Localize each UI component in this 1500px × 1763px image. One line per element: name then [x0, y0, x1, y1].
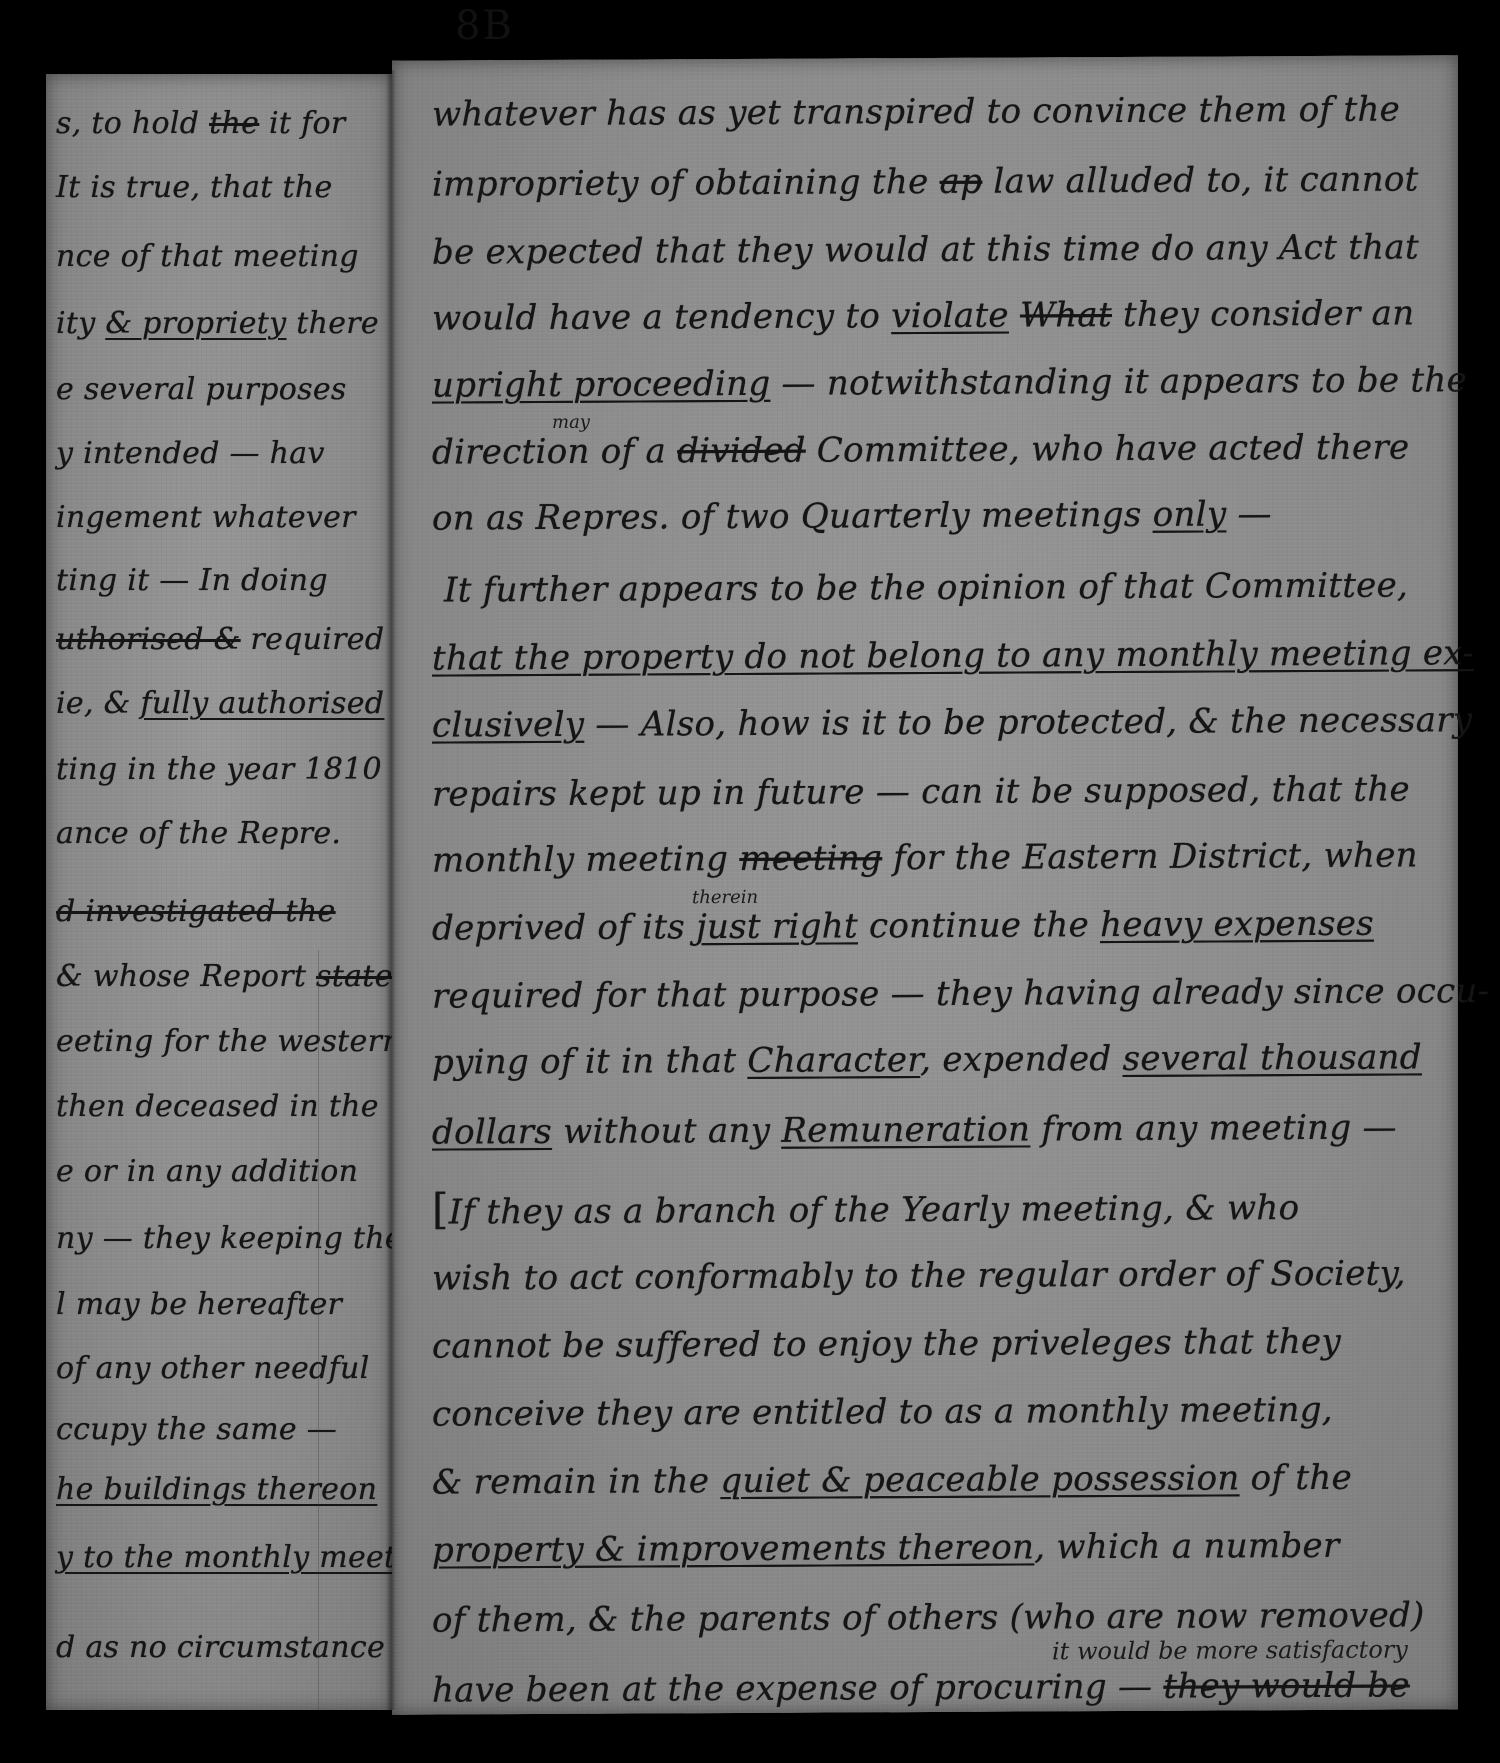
right-line-4: would have a tendency to violate What th…: [432, 293, 1414, 338]
right-line-23: of them, & the parents of others (who ar…: [432, 1595, 1425, 1640]
left-line-7: ingement whatever: [56, 500, 356, 535]
left-line-24: d as no circumstance: [56, 1630, 385, 1665]
left-line-5: e several purposes: [56, 372, 347, 407]
right-line-20: conceive they are entitled to as a month…: [432, 1390, 1333, 1435]
left-line-14: & whose Report states: [56, 959, 408, 994]
left-line-16: then deceased in the: [56, 1089, 379, 1124]
left-line-1: s, to hold the it for: [56, 106, 346, 141]
page-fold-crease: [318, 950, 319, 1710]
right-line-1: whatever has as yet transpired to convin…: [432, 90, 1400, 135]
left-page: s, to hold the it for It is true, that t…: [46, 74, 392, 1710]
right-line-6: direction of a divided Committee, who ha…: [432, 427, 1409, 472]
folio-number: 8B: [455, 3, 514, 49]
right-line-8: It further appears to be the opinion of …: [444, 565, 1408, 610]
page-gutter: [386, 70, 396, 1710]
right-line-17: [If they as a branch of the Yearly meeti…: [432, 1180, 1299, 1234]
right-line-5: upright proceeding — notwithstanding it …: [432, 360, 1467, 405]
insertion-therein: therein: [692, 887, 758, 908]
right-line-3: be expected that they would at this time…: [432, 227, 1419, 272]
left-line-11: ting in the year 1810: [56, 752, 382, 787]
right-line-9: that the property do not belong to any m…: [432, 633, 1474, 678]
right-line-15: pying of it in that Character, expended …: [432, 1037, 1422, 1082]
right-line-18: wish to act conformably to the regular o…: [432, 1253, 1406, 1298]
right-page: whatever has as yet transpired to convin…: [392, 55, 1458, 1715]
left-line-3: nce of that meeting: [56, 239, 359, 274]
left-line-19: l may be hereafter: [56, 1287, 342, 1322]
left-line-17: e or in any addition: [56, 1154, 358, 1189]
right-line-13: deprived of its just right continue the …: [432, 904, 1374, 949]
right-line-7: on as Repres. of two Quarterly meetings …: [432, 494, 1272, 538]
right-line-21: & remain in the quiet & peaceable posses…: [432, 1458, 1352, 1503]
left-line-20: of any other needful: [56, 1351, 370, 1386]
right-line-14: required for that purpose — they having …: [432, 971, 1489, 1017]
left-line-2: It is true, that the: [56, 170, 333, 205]
right-line-22: property & improvements thereon, which a…: [432, 1526, 1340, 1571]
left-line-13: d investigated the: [56, 894, 336, 929]
insertion-more-satisfactory: it would be more satisfactory: [1052, 1635, 1408, 1665]
left-line-22: he buildings thereon: [56, 1472, 377, 1507]
right-line-10: clusively — Also, how is it to be protec…: [432, 700, 1472, 745]
left-line-8: ting it — In doing: [56, 563, 328, 598]
insertion-may: may: [552, 412, 590, 433]
left-line-4: ity & propriety there: [56, 306, 379, 341]
bracket-mark: [: [432, 1184, 449, 1233]
left-line-21: ccupy the same —: [56, 1412, 337, 1447]
left-line-23: y to the monthly meet: [56, 1540, 396, 1575]
left-line-9: uthorised & required: [56, 622, 384, 657]
right-line-2: impropriety of obtaining the ap law allu…: [432, 159, 1419, 204]
right-line-16: dollars without any Remuneration from an…: [432, 1108, 1397, 1153]
right-line-11: repairs kept up in future — can it be su…: [432, 769, 1410, 814]
left-line-12: ance of the Repre.: [56, 816, 341, 851]
left-line-10: ie, & fully authorised: [56, 686, 384, 721]
right-line-19: cannot be suffered to enjoy the priveleg…: [432, 1322, 1341, 1367]
left-line-18: ny — they keeping them: [56, 1221, 432, 1256]
left-line-15: eeting for the western: [56, 1024, 402, 1059]
right-line-12: monthly meeting meeting for the Eastern …: [432, 835, 1418, 880]
left-line-6: y intended — hav: [56, 436, 325, 471]
right-line-24: have been at the expense of procuring — …: [432, 1665, 1410, 1710]
